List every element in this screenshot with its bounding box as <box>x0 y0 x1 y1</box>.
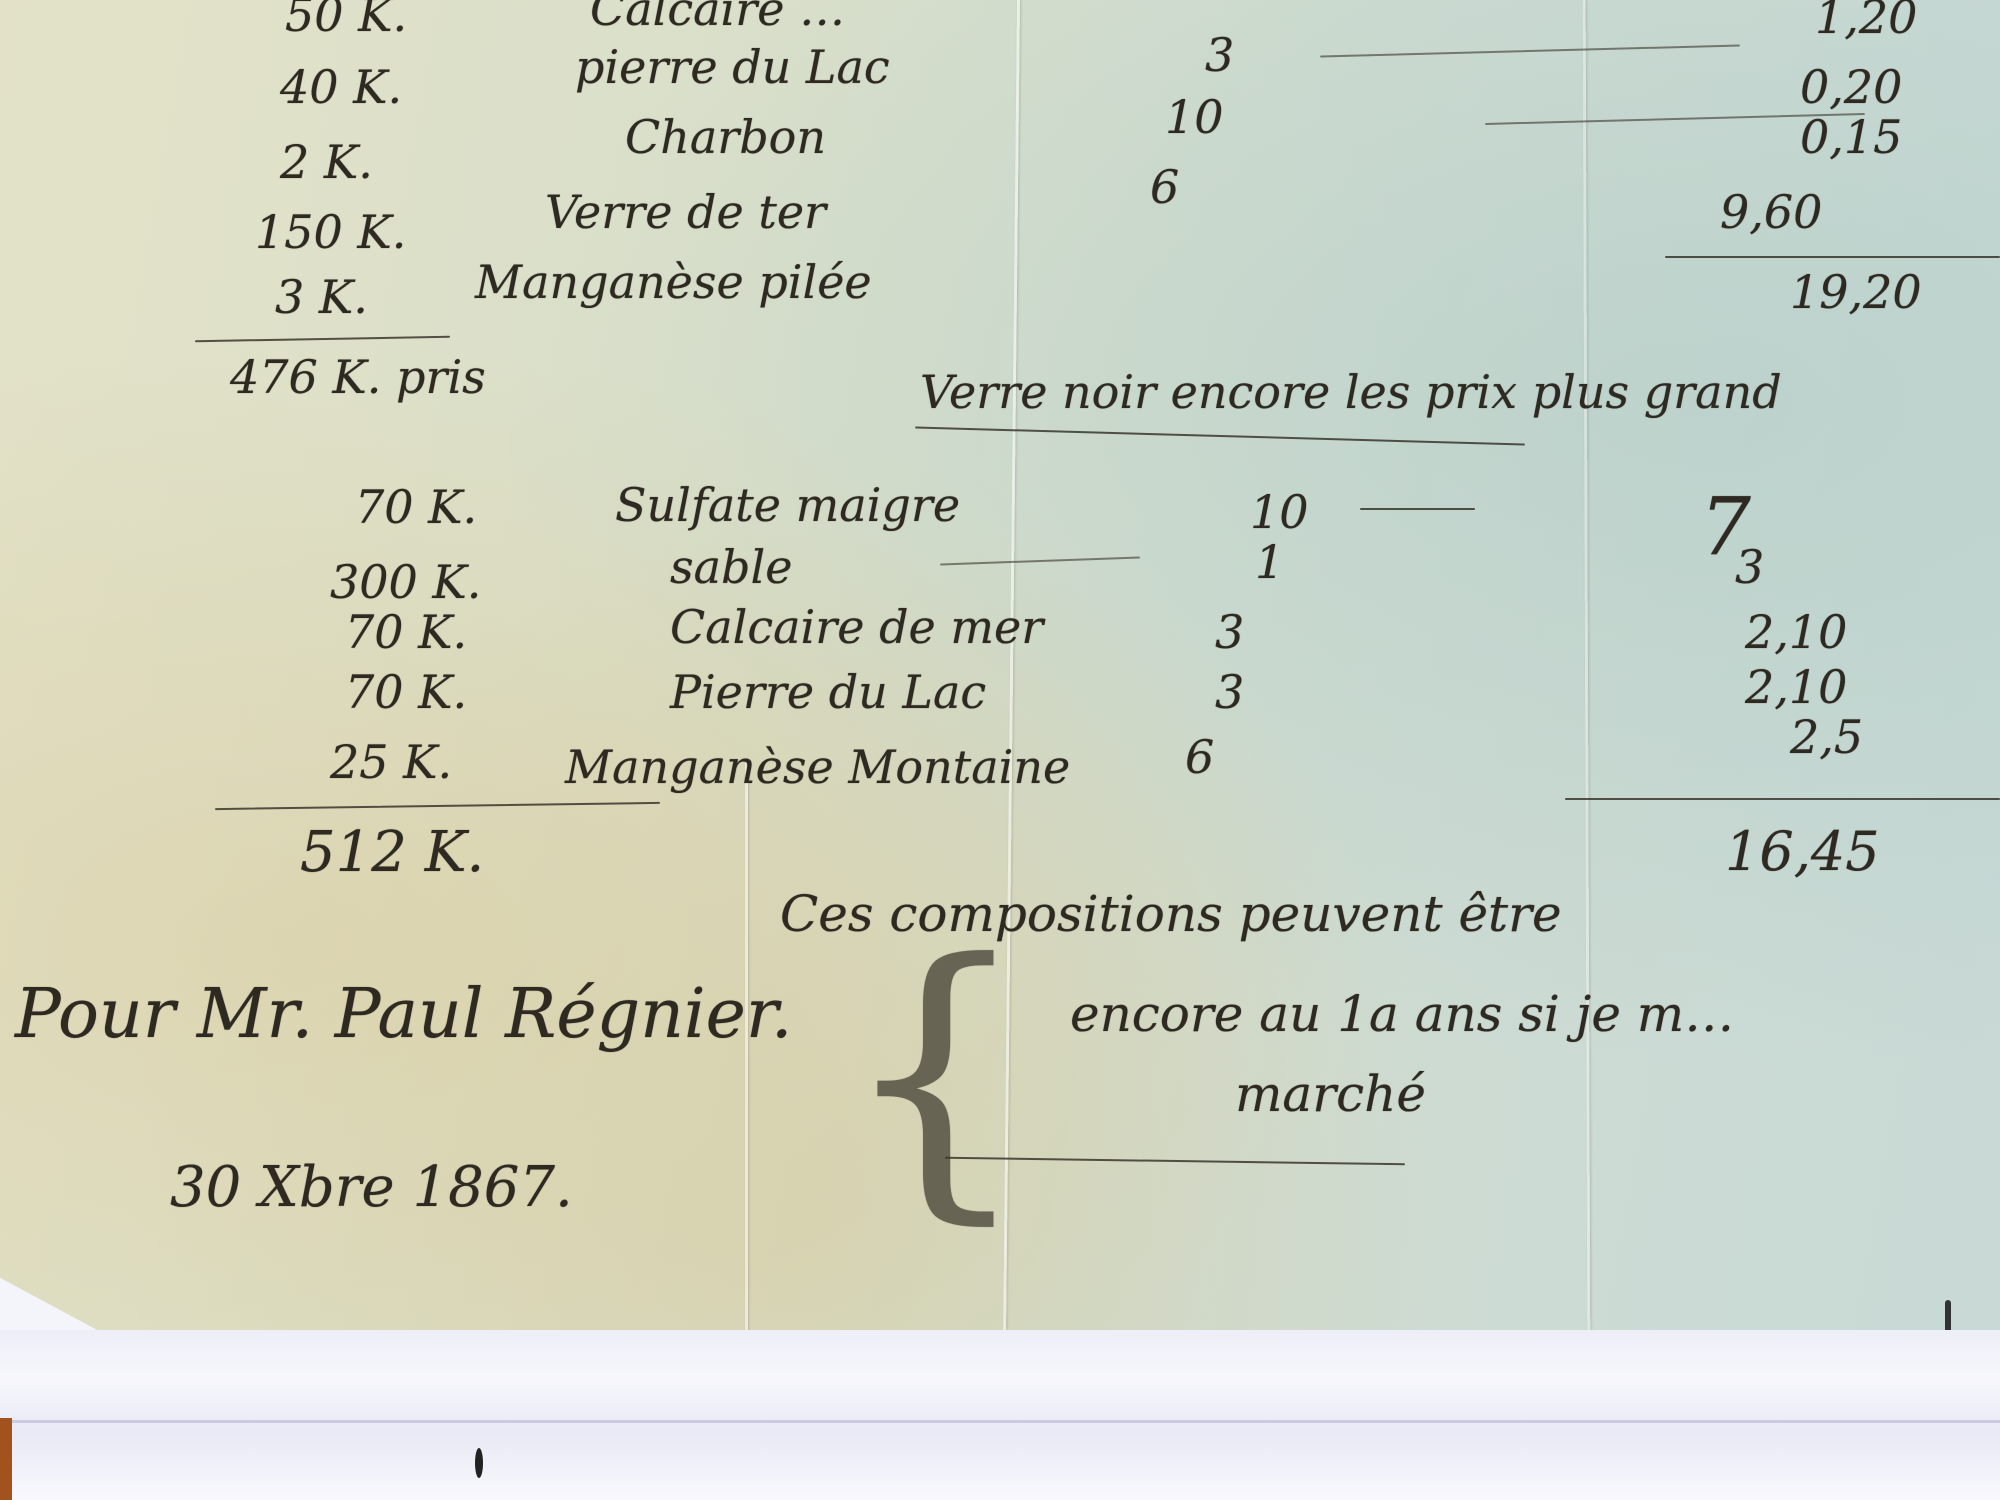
note-line: encore au 1a ans si je m… <box>1070 985 1734 1043</box>
qty-cell: 10 <box>1165 90 1224 144</box>
total-weight: 512 K. <box>300 820 500 885</box>
item-cell: Verre de ter <box>545 185 826 239</box>
qty-cell: 10 <box>1250 485 1309 539</box>
item-cell: Calcaire … <box>590 0 845 36</box>
total-price: 16,45 <box>1725 820 1880 883</box>
background-paper <box>0 1330 2000 1500</box>
price-cell: 0,15 <box>1800 110 1902 164</box>
qty-cell: 6 <box>1185 730 1214 784</box>
total-rule <box>1665 256 2000 258</box>
paper-fold-crease <box>1583 0 1591 1345</box>
weight-cell: 300 K. <box>330 555 530 609</box>
line-rule <box>1360 508 1475 510</box>
ink-spot <box>475 1448 483 1478</box>
weight-cell: 70 K. <box>355 480 555 534</box>
price-cell: 2,5 <box>1790 710 1863 764</box>
line-rule <box>1320 45 1740 58</box>
price-cell: 3 <box>1735 540 1764 594</box>
weight-cell: 2 K. <box>280 135 480 189</box>
qty-cell: 3 <box>1215 605 1244 659</box>
weight-cell: 40 K. <box>280 60 480 114</box>
price-cell: 2,10 <box>1745 605 1847 659</box>
qty-cell: 3 <box>1215 665 1244 719</box>
item-cell: Manganèse Montaine <box>565 740 1070 794</box>
item-cell: pierre du Lac <box>575 40 890 94</box>
price-cell: 1,20 <box>1815 0 1917 44</box>
price-cell: 2,10 <box>1745 660 1847 714</box>
qty-cell: 6 <box>1150 160 1179 214</box>
line-rule <box>940 557 1140 566</box>
brace-icon: { <box>840 900 1031 1249</box>
background-paper-edge <box>0 1420 2000 1423</box>
item-cell: Manganèse pilée <box>475 255 872 309</box>
total-price: 19,20 <box>1790 265 1922 319</box>
qty-cell: 1 <box>1255 535 1284 589</box>
note-line: marché <box>1235 1065 1426 1123</box>
qty-cell: 3 <box>1205 28 1234 82</box>
item-cell: Pierre du Lac <box>670 665 986 719</box>
item-cell: Charbon <box>625 110 826 164</box>
weight-cell: 150 K. <box>255 205 455 259</box>
weight-cell: 25 K. <box>330 735 530 789</box>
weight-cell: 50 K. <box>285 0 485 42</box>
signature: Pour Mr. Paul Régnier. <box>15 975 793 1054</box>
weight-cell: 70 K. <box>345 665 545 719</box>
total-rule <box>215 802 660 810</box>
note-line: Ces compositions peuvent être <box>780 885 1562 943</box>
item-cell: sable <box>670 540 792 594</box>
total-rule <box>1565 798 2000 800</box>
price-cell: 9,60 <box>1720 185 1822 239</box>
item-cell: Calcaire de mer <box>670 600 1043 654</box>
total-weight: 476 K. pris <box>230 350 430 404</box>
item-cell: Sulfate maigre <box>615 478 960 532</box>
section-heading-note: Verre noir encore les prix plus grand <box>920 365 1782 419</box>
weight-cell: 70 K. <box>345 605 545 659</box>
heading-underline <box>915 426 1525 445</box>
document-date: 30 Xbre 1867. <box>170 1155 573 1220</box>
document-paper: 50 K. Calcaire … 1,20 40 K. pierre du La… <box>0 0 2000 1345</box>
price-cell: 0,20 <box>1800 60 1902 114</box>
weight-cell: 3 K. <box>275 270 475 324</box>
wood-surface <box>0 1418 12 1500</box>
total-rule <box>195 336 450 342</box>
